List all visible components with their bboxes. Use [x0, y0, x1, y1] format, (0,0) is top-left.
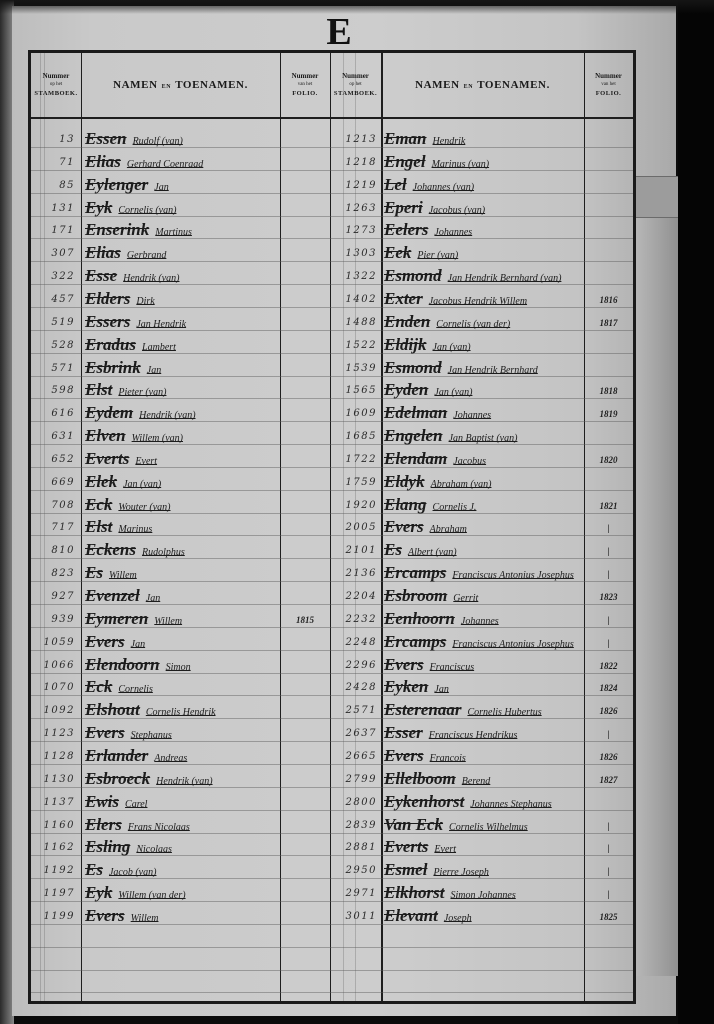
ledger-entry-row: 1722ElendamJacobus1820 — [31, 449, 633, 472]
ledger-entry-row: 2800EykenhorstJohannes Stephanus — [31, 792, 633, 815]
folio-number: | — [584, 889, 633, 899]
stamboek-number: 2204 — [331, 591, 377, 602]
surname: Eyden — [384, 380, 428, 399]
ledger-entry-row: 2799EllelboomBerend1827 — [31, 769, 633, 792]
entry-name: EversFranciscus — [384, 655, 474, 675]
ledger-entry-row: 1219LelJohannes (van) — [31, 175, 633, 198]
ledger-entry-row: 1273EelersJohannes — [31, 220, 633, 243]
entry-name: Van EckCornelis Wilhelmus — [384, 815, 528, 835]
entry-name: EngelMarinus (van) — [384, 152, 489, 172]
stamboek-number: 1218 — [331, 157, 377, 168]
given-names: Abraham — [430, 524, 467, 535]
header-text: NAMEN — [113, 79, 158, 91]
stamboek-number: 2971 — [331, 888, 377, 899]
surname: Evers — [384, 517, 424, 536]
folio-number: 1824 — [584, 683, 633, 693]
ledger-entry-row: 2005EversAbraham| — [31, 517, 633, 540]
stamboek-number: 1273 — [331, 225, 377, 236]
surname: Esmond — [384, 266, 442, 285]
ledger-entry-row: 1218EngelMarinus (van) — [31, 152, 633, 175]
ledger-entry-row: 2204EsbroomGerrit1823 — [31, 586, 633, 609]
header-text: STAMBOEK. — [34, 89, 77, 99]
given-names: Cornelis Hubertus — [467, 707, 541, 718]
ledger-entry-row: 1303EekPier (van) — [31, 243, 633, 266]
folio-number: 1826 — [584, 706, 633, 716]
surname: Evers — [384, 746, 424, 765]
entry-name: ExterJacobus Hendrik Willem — [384, 289, 527, 309]
entry-name: EykenJan — [384, 677, 449, 697]
ledger-entry-row: 2881EvertsEvert| — [31, 837, 633, 860]
given-names: Simon Johannes — [450, 890, 515, 901]
folio-number: | — [584, 729, 633, 739]
ruled-line — [31, 947, 633, 948]
stamboek-number: 1219 — [331, 180, 377, 191]
entry-name: EsterenaarCornelis Hubertus — [384, 700, 542, 720]
entry-name: ErcampsFranciscus Antonius Josephus — [384, 563, 574, 583]
folio-number: | — [584, 615, 633, 625]
ledger-entry-row: 1920ElangCornelis J.1821 — [31, 495, 633, 518]
entry-name: EngelenJan Baptist (van) — [384, 426, 517, 446]
scan-right-margin — [678, 0, 714, 1024]
given-names: Jacobus Hendrik Willem — [429, 296, 527, 307]
stamboek-number: 1609 — [331, 408, 377, 419]
header-left-folio: Nummer van het FOLIO. — [280, 53, 330, 117]
header-left-stamboek-number: Nummer op het STAMBOEK. — [31, 53, 81, 117]
stamboek-number: 2637 — [331, 728, 377, 739]
ledger-entry-row: 2971ElkhorstSimon Johannes| — [31, 883, 633, 906]
stamboek-number: 2571 — [331, 705, 377, 716]
given-names: Cornelis J. — [433, 502, 477, 513]
entry-name: EenhoornJohannes — [384, 609, 499, 629]
folio-number: 1822 — [584, 661, 633, 671]
stamboek-number: 2839 — [331, 820, 377, 831]
folio-number: | — [584, 569, 633, 579]
header-text: Nummer — [292, 71, 319, 81]
header-title: NAMENENTOENAMEN. — [415, 79, 550, 91]
given-names: Johannes Stephanus — [470, 799, 551, 810]
entry-name: EversFrancois — [384, 746, 466, 766]
surname: Evers — [384, 655, 424, 674]
ledger-entry-row: 1322EsmondJan Hendrik Bernhard (van) — [31, 266, 633, 289]
given-names: Johannes (van) — [413, 182, 474, 193]
ledger-entry-row: 2101EsAlbert (van)| — [31, 540, 633, 563]
header-text: EN — [162, 84, 172, 90]
entry-name: EldykAbraham (van) — [384, 472, 491, 492]
stamboek-number: 2799 — [331, 774, 377, 785]
folio-number: 1818 — [584, 386, 633, 396]
entry-name: LelJohannes (van) — [384, 175, 474, 195]
ledger-entry-row: 1402ExterJacobus Hendrik Willem1816 — [31, 289, 633, 312]
given-names: Jan Hendrik Bernhard — [448, 365, 538, 376]
section-letter-heading: E — [322, 10, 356, 54]
folio-number: | — [584, 821, 633, 831]
header-text: Nummer — [595, 71, 622, 81]
stamboek-number: 2800 — [331, 797, 377, 808]
surname: Elang — [384, 495, 427, 514]
header-text: FOLIO. — [292, 89, 318, 99]
ledger-entry-row: 1759EldykAbraham (van) — [31, 472, 633, 495]
given-names: Albert (van) — [408, 547, 457, 558]
entry-name: EsmelPierre Joseph — [384, 860, 489, 880]
given-names: Franciscus — [430, 662, 474, 673]
given-names: Marinus (van) — [432, 159, 490, 170]
ledger-entry-row: 2428EykenJan1824 — [31, 677, 633, 700]
stamboek-number: 2136 — [331, 568, 377, 579]
given-names: Jan Hendrik Bernhard (van) — [448, 273, 562, 284]
stamboek-number: 1402 — [331, 294, 377, 305]
entry-name: EdelmanJohannes — [384, 403, 491, 423]
stamboek-number: 1920 — [331, 500, 377, 511]
folio-number: | — [584, 523, 633, 533]
header-text: van het — [298, 81, 313, 89]
entry-name: EsAlbert (van) — [384, 540, 457, 560]
stamboek-number: 1263 — [331, 203, 377, 214]
entry-name: EsmondJan Hendrik Bernhard — [384, 358, 538, 378]
stamboek-number: 2101 — [331, 545, 377, 556]
surname: Eelers — [384, 220, 428, 239]
stamboek-number: 2428 — [331, 682, 377, 693]
stamboek-number: 1685 — [331, 431, 377, 442]
surname: Eyken — [384, 677, 428, 696]
ledger-entry-row: 1685EngelenJan Baptist (van) — [31, 426, 633, 449]
folio-number: 1816 — [584, 295, 633, 305]
surname: Esbroom — [384, 586, 447, 605]
given-names: Franciscus Hendrikus — [429, 730, 518, 741]
surname: Eek — [384, 243, 411, 262]
folio-number: 1819 — [584, 409, 633, 419]
entry-name: EsmondJan Hendrik Bernhard (van) — [384, 266, 561, 286]
page-edge-strip — [636, 216, 680, 976]
ledger-entry-row: 2637EsserFranciscus Hendrikus| — [31, 723, 633, 746]
header-text: Nummer — [43, 71, 70, 81]
given-names: Cornelis (van der) — [436, 319, 510, 330]
ledger-entry-row: 2296EversFranciscus1822 — [31, 655, 633, 678]
entry-name: EperiJacobus (van) — [384, 198, 485, 218]
given-names: Jacobus (van) — [429, 205, 485, 216]
entry-name: ErcampsFranciscus Antonius Josephus — [384, 632, 574, 652]
given-names: Abraham (van) — [431, 479, 492, 490]
given-names: Jan Baptist (van) — [449, 433, 518, 444]
entry-name: EversAbraham — [384, 517, 467, 537]
stamboek-number: 1565 — [331, 385, 377, 396]
surname: Ercamps — [384, 563, 446, 582]
surname: Esmond — [384, 358, 442, 377]
stamboek-number: 2296 — [331, 660, 377, 671]
given-names: Jan — [434, 684, 448, 695]
given-names: Hendrik — [433, 136, 466, 147]
given-names: Joseph — [444, 913, 472, 924]
given-names: Jan (van) — [434, 387, 472, 398]
surname: Eldijk — [384, 335, 427, 354]
header-divider — [31, 117, 633, 119]
stamboek-number: 2881 — [331, 842, 377, 853]
folio-number: 1823 — [584, 592, 633, 602]
header-text: van het — [601, 81, 616, 89]
surname: Lel — [384, 175, 407, 194]
header-text: TOENAMEN. — [175, 79, 248, 91]
given-names: Gerrit — [453, 593, 478, 604]
ledger-entry-row: 2571EsterenaarCornelis Hubertus1826 — [31, 700, 633, 723]
ledger-entry-row: 1539EsmondJan Hendrik Bernhard — [31, 358, 633, 381]
given-names: Johannes — [461, 616, 499, 627]
header-text: STAMBOEK. — [334, 89, 377, 99]
header-title: NAMENENTOENAMEN. — [113, 79, 248, 91]
given-names: Johannes — [434, 227, 472, 238]
ledger-entry-row: 2950EsmelPierre Joseph| — [31, 860, 633, 883]
stamboek-number: 1759 — [331, 477, 377, 488]
header-text: Nummer — [342, 71, 369, 81]
entry-name: EsserFranciscus Hendrikus — [384, 723, 517, 743]
stamboek-number: 1303 — [331, 248, 377, 259]
given-names: Pierre Joseph — [433, 867, 488, 878]
given-names: Franciscus Antonius Josephus — [452, 639, 573, 650]
surname: Eman — [384, 129, 427, 148]
header-text: FOLIO. — [596, 89, 622, 99]
entry-name: ElevantJoseph — [384, 906, 472, 926]
folio-number: 1821 — [584, 501, 633, 511]
folio-number: 1820 — [584, 455, 633, 465]
surname: Engel — [384, 152, 426, 171]
given-names: Pier (van) — [417, 250, 458, 261]
surname: Eperi — [384, 198, 423, 217]
surname: Elendam — [384, 449, 447, 468]
stamboek-number: 2005 — [331, 522, 377, 533]
header-right-names: NAMENENTOENAMEN. — [381, 53, 584, 117]
header-left-names: NAMENENTOENAMEN. — [81, 53, 280, 117]
surname: Enden — [384, 312, 430, 331]
ledger-entry-row: 1488EndenCornelis (van der)1817 — [31, 312, 633, 335]
surname: Eenhoorn — [384, 609, 455, 628]
ruled-line — [31, 970, 633, 971]
surname: Ercamps — [384, 632, 446, 651]
folio-number: 1827 — [584, 775, 633, 785]
entry-name: EsbroomGerrit — [384, 586, 478, 606]
given-names: Johannes — [453, 410, 491, 421]
entry-name: EmanHendrik — [384, 129, 465, 149]
folio-number: | — [584, 546, 633, 556]
header-text: op het — [349, 81, 361, 89]
entry-name: EykenhorstJohannes Stephanus — [384, 792, 552, 812]
ledger-entry-row: 1213EmanHendrik — [31, 129, 633, 152]
entry-name: EvertsEvert — [384, 837, 456, 857]
ledger-entry-row: 1263EperiJacobus (van) — [31, 198, 633, 221]
entry-name: ElangCornelis J. — [384, 495, 476, 515]
stamboek-number: 1322 — [331, 271, 377, 282]
surname: Esser — [384, 723, 423, 742]
surname: Eldyk — [384, 472, 425, 491]
surname: Elkhorst — [384, 883, 444, 902]
entry-name: EekPier (van) — [384, 243, 458, 263]
stamboek-number: 2248 — [331, 637, 377, 648]
stamboek-number: 3011 — [331, 911, 377, 922]
surname: Ellelboom — [384, 769, 456, 788]
stamboek-number: 1213 — [331, 134, 377, 145]
ledger-entry-row: 1609EdelmanJohannes1819 — [31, 403, 633, 426]
stamboek-number: 2950 — [331, 865, 377, 876]
given-names: Evert — [434, 844, 456, 855]
entry-name: EllelboomBerend — [384, 769, 490, 789]
stamboek-number: 1722 — [331, 454, 377, 465]
surname: Exter — [384, 289, 423, 308]
entry-name: EndenCornelis (van der) — [384, 312, 510, 332]
folio-number: | — [584, 866, 633, 876]
stamboek-number: 1539 — [331, 363, 377, 374]
index-tab — [636, 176, 680, 218]
surname: Edelman — [384, 403, 447, 422]
given-names: Franciscus Antonius Josephus — [452, 570, 573, 581]
entry-name: EydenJan (van) — [384, 380, 472, 400]
surname: Eykenhorst — [384, 792, 464, 811]
surname: Van Eck — [384, 815, 443, 834]
entry-name: ElkhorstSimon Johannes — [384, 883, 516, 903]
ledger-entry-row: 2248ErcampsFranciscus Antonius Josephus| — [31, 632, 633, 655]
folio-number: 1817 — [584, 318, 633, 328]
folio-number: 1825 — [584, 912, 633, 922]
entry-name: ElendamJacobus — [384, 449, 486, 469]
entry-name: EldijkJan (van) — [384, 335, 471, 355]
ledger-entry-row: 1565EydenJan (van)1818 — [31, 380, 633, 403]
folio-number: | — [584, 638, 633, 648]
header-text: EN — [464, 84, 474, 90]
stamboek-number: 1522 — [331, 340, 377, 351]
surname: Elevant — [384, 906, 438, 925]
ledger-entry-row: 2839Van EckCornelis Wilhelmus| — [31, 815, 633, 838]
surname: Esterenaar — [384, 700, 461, 719]
given-names: Jacobus — [453, 456, 486, 467]
given-names: Cornelis Wilhelmus — [449, 822, 528, 833]
given-names: Francois — [430, 753, 466, 764]
surname: Esmel — [384, 860, 427, 879]
header-text: NAMEN — [415, 79, 460, 91]
header-text: op het — [50, 81, 62, 89]
given-names: Berend — [462, 776, 491, 787]
header-text: TOENAMEN. — [477, 79, 550, 91]
ledger-table: Nummer op het STAMBOEK. NAMENENTOENAMEN.… — [28, 50, 636, 1004]
stamboek-number: 1488 — [331, 317, 377, 328]
surname: Everts — [384, 837, 428, 856]
ledger-entry-row: 2232EenhoornJohannes| — [31, 609, 633, 632]
surname: Es — [384, 540, 402, 559]
entry-name: EelersJohannes — [384, 220, 472, 240]
ruled-line — [31, 992, 633, 993]
folio-number: | — [584, 843, 633, 853]
ledger-entry-row: 2136ErcampsFranciscus Antonius Josephus| — [31, 563, 633, 586]
folio-number: 1826 — [584, 752, 633, 762]
stamboek-number: 2665 — [331, 751, 377, 762]
ledger-entry-row: 3011ElevantJoseph1825 — [31, 906, 633, 929]
given-names: Jan (van) — [433, 342, 471, 353]
header-right-stamboek-number: Nummer op het STAMBOEK. — [330, 53, 381, 117]
stamboek-number: 2232 — [331, 614, 377, 625]
scan-top-shadow — [0, 0, 714, 14]
header-right-folio: Nummer van het FOLIO. — [584, 53, 633, 117]
ledger-entry-row: 2665EversFrancois1826 — [31, 746, 633, 769]
surname: Engelen — [384, 426, 443, 445]
ledger-entry-row: 1522EldijkJan (van) — [31, 335, 633, 358]
